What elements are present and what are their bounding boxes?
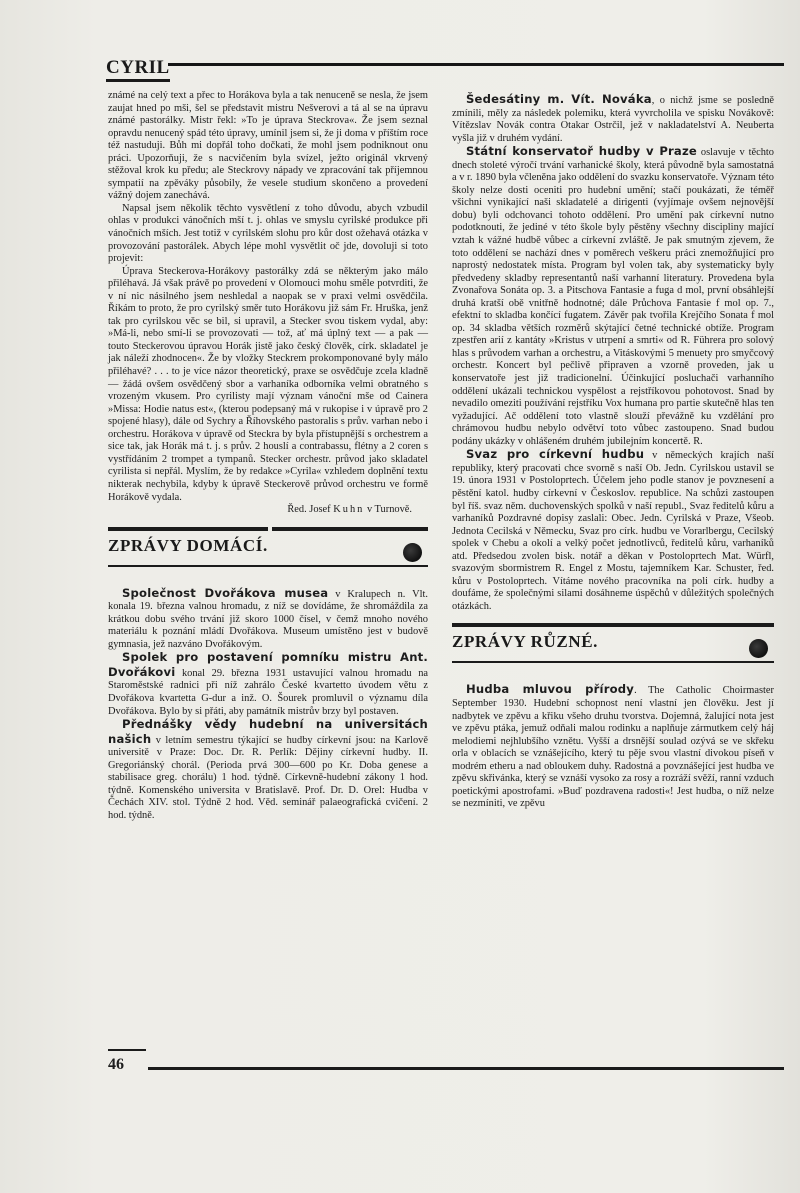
news-item: Přednášky vědy hudební na universitách n…	[108, 718, 428, 822]
section-bottom-rule	[108, 565, 428, 567]
section-title: ZPRÁVY RŮZNÉ.	[452, 636, 598, 649]
signature-prefix: Řed. Josef	[287, 504, 330, 515]
section-header-domestic: ZPRÁVY DOMÁCÍ.	[108, 525, 428, 577]
news-item-text: . The Catholic Choirmaster September 193…	[452, 685, 774, 809]
bullet-ornament-icon	[749, 639, 768, 658]
section-top-rule	[108, 527, 428, 531]
bullet-ornament-icon	[403, 543, 422, 562]
author-signature: Řed. Josef Kuhn v Turnově.	[108, 504, 428, 517]
news-item-text: oslavuje v těchto dnech stoleté výročí t…	[452, 147, 774, 447]
news-item: Svaz pro církevní hudbu v německých kraj…	[452, 448, 774, 613]
signature-suffix: v Turnově.	[367, 504, 412, 515]
footer-rule	[148, 1067, 784, 1070]
section-header-various: ZPRÁVY RŮZNÉ.	[452, 621, 774, 673]
right-column: Šedesátiny m. Vít. Nováka, o nichž jsme …	[452, 93, 774, 811]
paragraph: Úprava Steckerova-Horákovy pastorálky zd…	[108, 266, 428, 504]
news-item: Státní konservatoř hudby v Praze oslavuj…	[452, 145, 774, 448]
section-title: ZPRÁVY DOMÁCÍ.	[108, 540, 268, 553]
paragraph: známé na celý text a přec to Horákova by…	[108, 90, 428, 203]
news-item-lead: Svaz pro církevní hudbu	[466, 447, 644, 461]
footer-short-rule	[108, 1049, 146, 1051]
news-item: Spolek pro postavení pomníku mistru Ant.…	[108, 651, 428, 718]
signature-name: Kuhn	[333, 504, 364, 515]
news-item-text: v letním semestru týkající se hudby círk…	[108, 735, 428, 821]
page-number: 46	[108, 1056, 124, 1074]
header-rule	[168, 63, 784, 66]
news-item-lead: Šedesátiny m. Vít. Nováka	[466, 92, 652, 106]
section-top-rule	[452, 623, 774, 627]
news-item-lead: Hudba mluvou přírody	[466, 682, 634, 696]
page-footer: 46	[108, 1049, 784, 1079]
news-item: Šedesátiny m. Vít. Nováka, o nichž jsme …	[452, 93, 774, 145]
news-item: Společnost Dvořákova musea v Kralupech n…	[108, 587, 428, 652]
magazine-page: CYRIL známé na celý text a přec to Horák…	[0, 0, 800, 1193]
left-column: známé na celý text a přec to Horákova by…	[108, 90, 428, 822]
running-title: CYRIL	[106, 58, 170, 82]
news-item: Hudba mluvou přírody. The Catholic Choir…	[452, 683, 774, 810]
news-item-lead: Státní konservatoř hudby v Praze	[466, 144, 697, 158]
paragraph: Napsal jsem několik těchto vysvětlení z …	[108, 203, 428, 266]
running-head: CYRIL	[106, 58, 784, 82]
news-item-text: v německých krajích naší republiky, kter…	[452, 450, 774, 612]
news-item-lead: Společnost Dvořákova musea	[122, 586, 328, 600]
section-bottom-rule	[452, 661, 774, 663]
